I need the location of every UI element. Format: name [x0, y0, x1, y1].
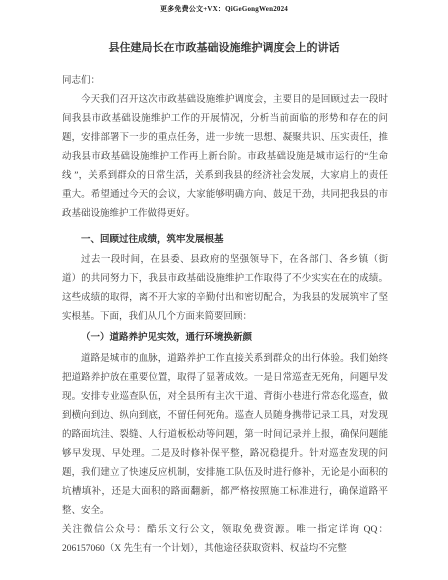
page-title: 县住建局长在市政基础设施维护调度会上的讲话 — [40, 41, 408, 55]
paragraph-intro: 今天我们召开这次市政基础设施维护调度会，主要目的是回顾过去一段时间我县市政基础设… — [62, 91, 388, 224]
section-heading-1: 一、回顾过往成绩，筑牢发展根基 — [62, 231, 388, 250]
promo-text: 关注微信公众号：酷乐文行公文，领取免费资源。唯一指定详询 QQ：20615706… — [62, 521, 388, 559]
paragraph-review: 过去一段时间，在县委、县政府的坚强领导下，在各部门、各乡镇（街道）的共同努力下，… — [62, 251, 388, 327]
document-page: 更多免费公文+VX：QiGeGongWen2024 县住建局长在市政基础设施维护… — [0, 0, 448, 580]
paragraph-road-maintenance: 道路是城市的血脉，道路养护工作直接关系到群众的出行体验。我们始终把道路养护放在重… — [62, 350, 388, 521]
watermark-text: 更多免费公文+VX：QiGeGongWen2024 — [0, 0, 448, 14]
salutation: 同志们： — [62, 72, 388, 91]
document-body: 同志们： 今天我们召开这次市政基础设施维护调度会，主要目的是回顾过去一段时间我县… — [62, 72, 388, 559]
subsection-heading-1: （一）道路养护见实效，通行环境换新颜 — [62, 329, 388, 348]
